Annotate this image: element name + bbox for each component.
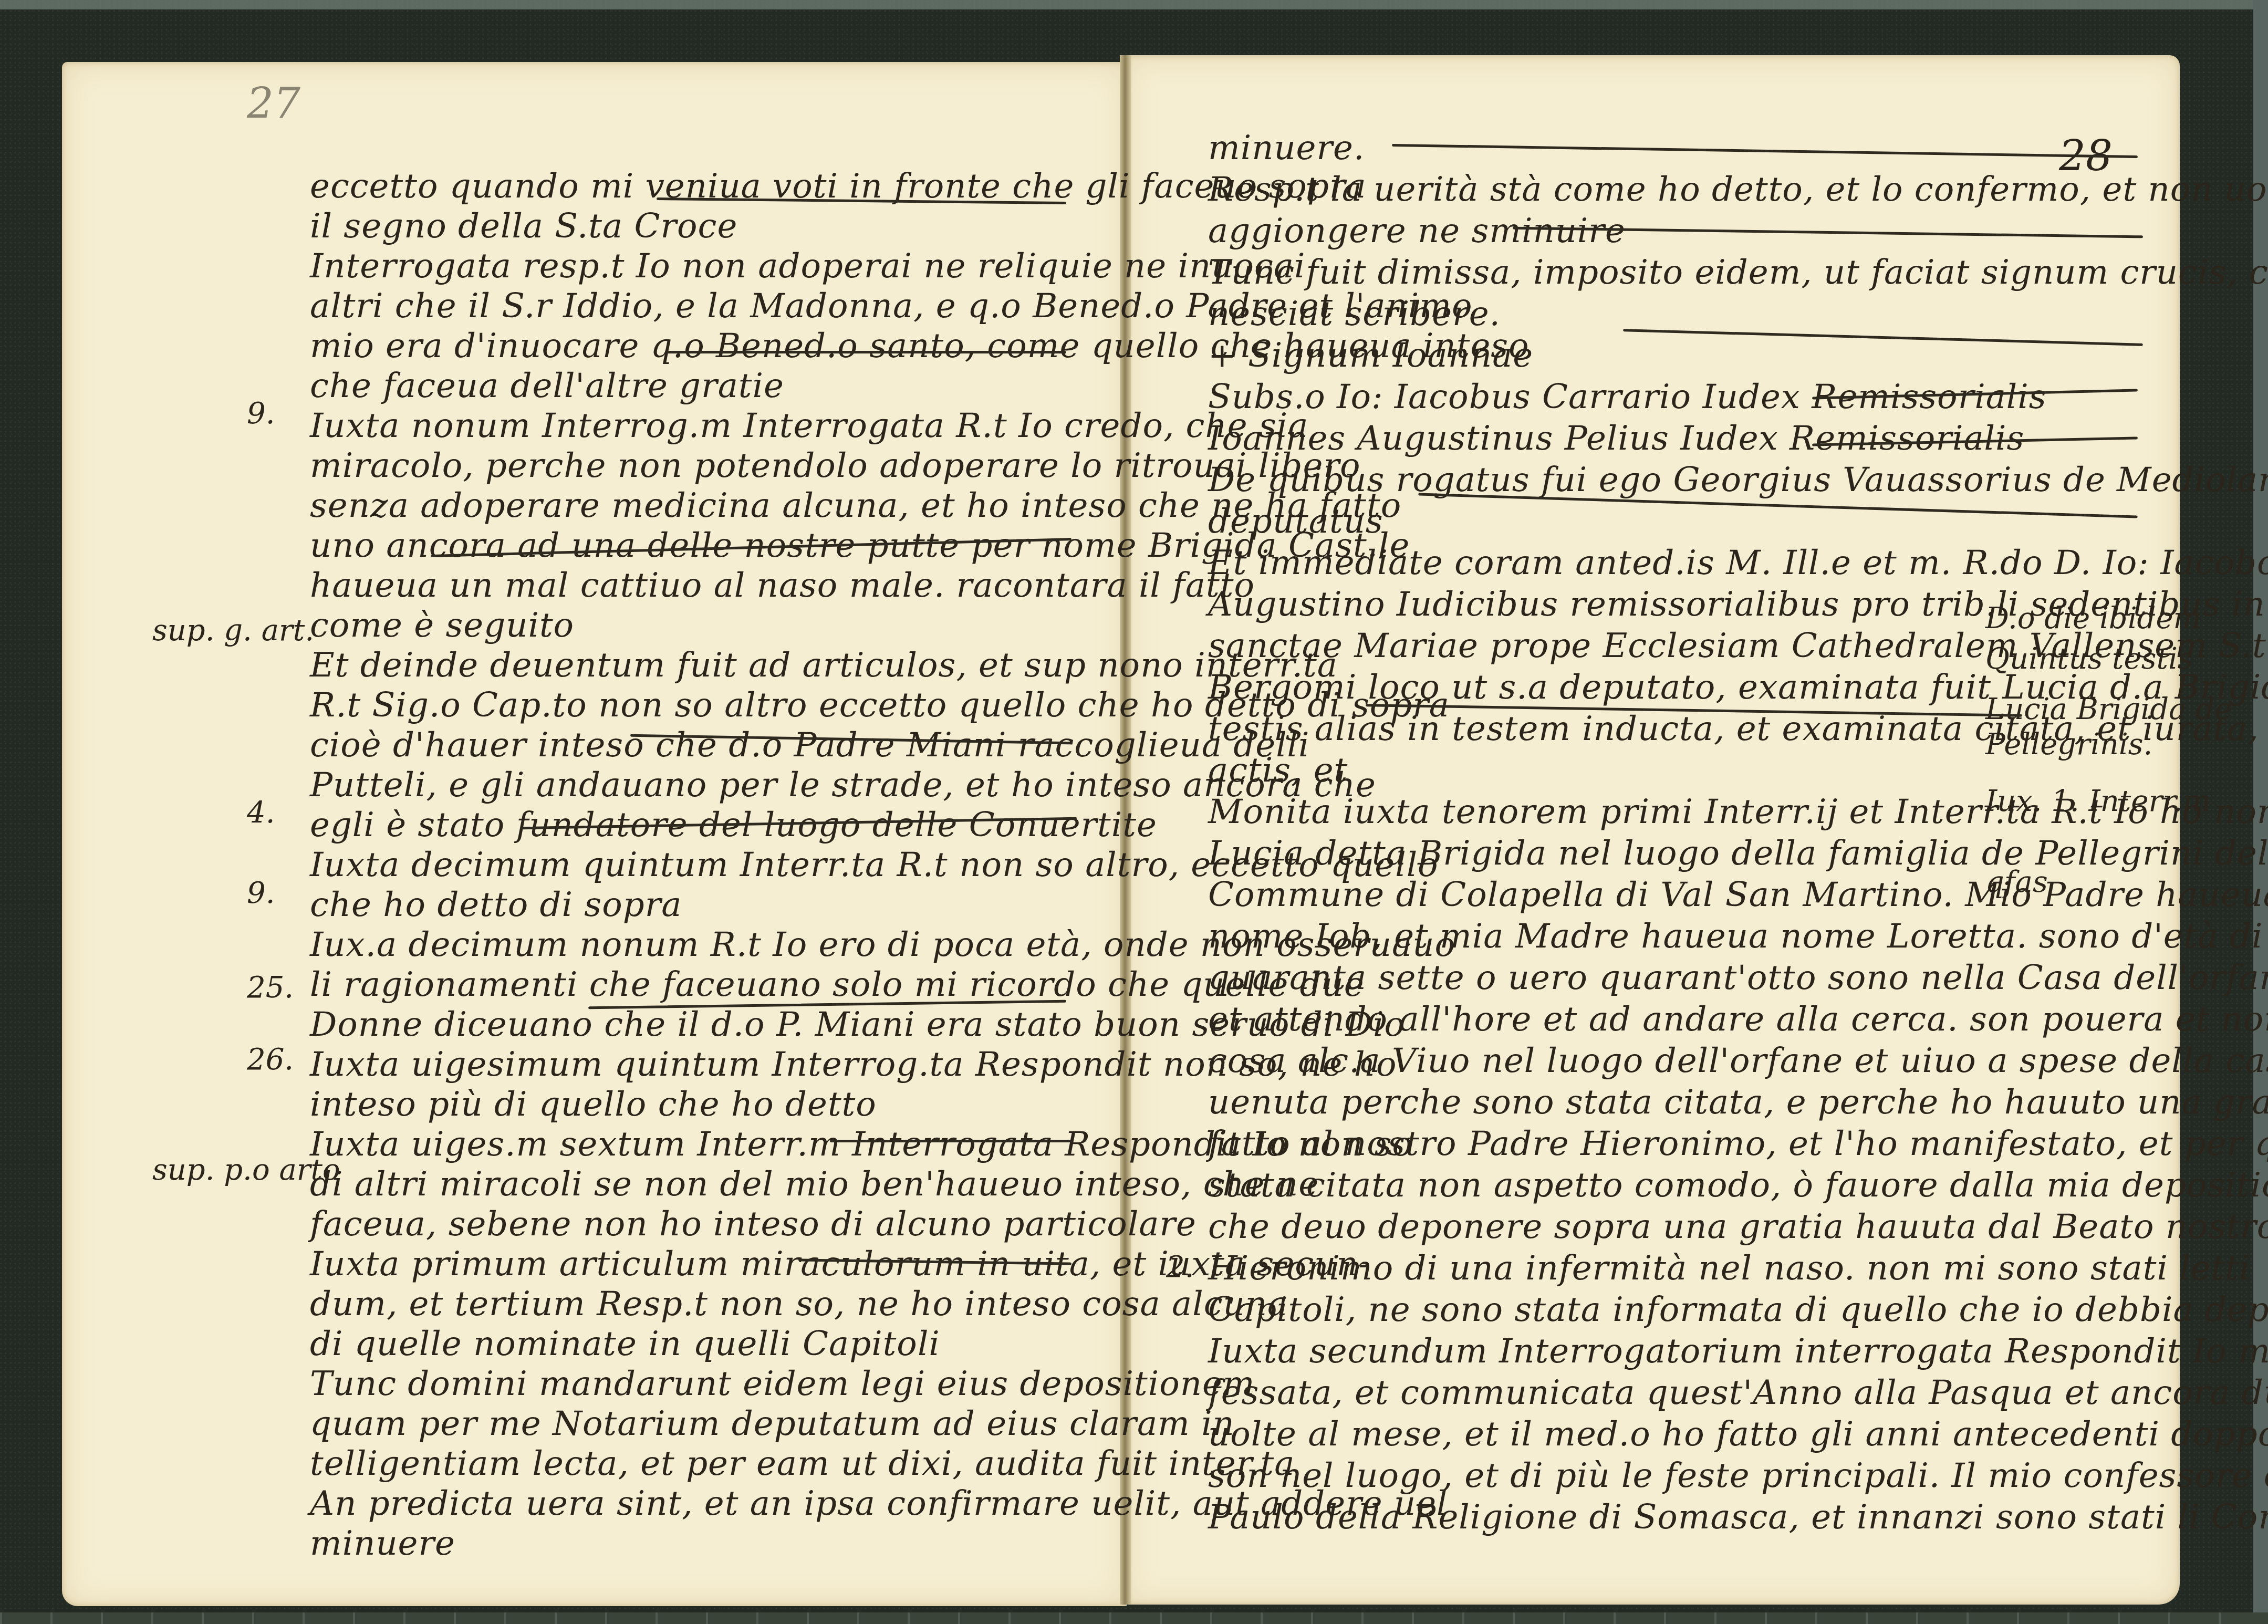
scanner-top-edge xyxy=(0,0,2268,9)
manuscript-line: Interrogata resp.t Io non adoperai ne re… xyxy=(310,247,1305,286)
manuscript-line: miracolo, perche non potendolo adoperare… xyxy=(310,446,1361,485)
manuscript-line: Tunc domini mandarunt eidem legi eius de… xyxy=(310,1365,1255,1403)
manuscript-line: li ragionamenti che faceuano solo mi ric… xyxy=(310,965,1365,1004)
manuscript-line: cosa alc.a Viuo nel luogo dell'orfane et… xyxy=(1208,1042,2268,1080)
manuscript-line: di quelle nominate in quelli Capitoli xyxy=(310,1325,940,1363)
manuscript-line: fessata, et communicata quest'Anno alla … xyxy=(1208,1373,2268,1412)
manuscript-line: dum, et tertium Resp.t non so, ne ho int… xyxy=(310,1285,1288,1324)
line-number: 4. xyxy=(247,796,275,830)
manuscript-line: deputatus xyxy=(1208,502,1383,541)
manuscript-line: actis, et xyxy=(1208,751,1348,790)
manuscript-line: quaranta sette o uero quarant'otto sono … xyxy=(1208,959,2268,997)
manuscript-line: inteso più di quello che ho detto xyxy=(310,1085,877,1124)
manuscript-line: Ioannes Augustinus Pelius Iudex Remissor… xyxy=(1208,419,2024,458)
manuscript-line: Resp.t la uerità stà come ho detto, et l… xyxy=(1208,170,2268,209)
line-number: 9. xyxy=(247,876,275,910)
manuscript-line: et attendo all'hore et ad andare alla ce… xyxy=(1208,1000,2268,1039)
line-filler-rule xyxy=(830,1140,1071,1142)
manuscript-line: di altri miracoli se non del mio ben'hau… xyxy=(310,1165,1319,1204)
manuscript-line: son nel luogo, et di più le feste princi… xyxy=(1208,1456,2268,1495)
margin-note: Iux. 1. Interr.m xyxy=(1985,784,2211,818)
left-page-number: 27 xyxy=(247,79,300,128)
manuscript-line: uenuta perche sono stata citata, e perch… xyxy=(1208,1083,2268,1122)
margin-note: qfas xyxy=(1985,865,2048,899)
manuscript-line: + Signum Ioannae xyxy=(1208,336,1533,375)
manuscript-line: minuere xyxy=(310,1524,455,1563)
manuscript-line: il segno della S.ta Croce xyxy=(310,207,737,246)
manuscript-line: che deuo deponere sopra una gratia hauut… xyxy=(1208,1207,2268,1246)
manuscript-line: che faceua dell'altre gratie xyxy=(310,367,784,405)
manuscript-line: Subs.o Io: Iacobus Carrario Iudex Remiss… xyxy=(1208,378,2047,417)
line-number: 9. xyxy=(247,397,275,431)
manuscript-line: uolte al mese, et il med.o ho fatto gli … xyxy=(1208,1415,2268,1454)
manuscript-line: telligentiam lecta, et per eam ut dixi, … xyxy=(310,1444,1295,1483)
manuscript-line: Hieronimo di una infermità nel naso. non… xyxy=(1208,1249,2250,1288)
line-number: 26. xyxy=(247,1043,294,1077)
manuscript-line: faceua, sebene non ho inteso di alcuno p… xyxy=(310,1205,1197,1244)
manuscript-line: Iuxta nonum Interrog.m Interrogata R.t I… xyxy=(310,407,1308,445)
manuscript-line: come è seguito xyxy=(310,606,574,645)
margin-note: D.o die ibidem xyxy=(1985,601,2201,636)
manuscript-line: Et immediate coram anted.is M. Ill.e et … xyxy=(1208,544,2268,582)
margin-note: sup. g. art. xyxy=(152,613,314,648)
manuscript-line: fatto al nostro Padre Hieronimo, et l'ho… xyxy=(1208,1125,2268,1163)
manuscript-line: Et deinde deuentum fuit ad articulos, et… xyxy=(310,646,1338,685)
margin-note: Lucia Brigida de xyxy=(1985,692,2232,726)
manuscript-line: quam per me Notarium deputatum ad eius c… xyxy=(310,1404,1235,1443)
margin-note: Pellegrinis. xyxy=(1985,727,2152,762)
manuscript-line: cioè d'hauer inteso che d.o Padre Miani … xyxy=(310,726,1310,765)
manuscript-line: Commune di Colapella di Val San Martino.… xyxy=(1208,876,2268,914)
manuscript-line: Tunc fuit dimissa, imposito eidem, ut fa… xyxy=(1208,253,2268,292)
line-filler-rule xyxy=(667,351,1066,353)
manuscript-line: nesciat scribere. xyxy=(1208,295,1501,334)
margin-note: sup. p.o arto xyxy=(152,1153,340,1187)
manuscript-line: Lucia detta Brigida nel luogo della fami… xyxy=(1208,834,2268,873)
margin-note: Quintus testis xyxy=(1985,642,2193,676)
manuscript-line: Paulo della Religione di Somasca, et inn… xyxy=(1208,1498,2268,1537)
manuscript-line: minuere. xyxy=(1208,129,1365,168)
manuscript-line: che ho detto di sopra xyxy=(310,886,682,924)
manuscript-line: nome Iob, et mia Madre haueua nome Loret… xyxy=(1208,917,2268,956)
line-number: 25. xyxy=(247,971,294,1005)
manuscript-line: Capitoli, ne sono stata informata di que… xyxy=(1208,1290,2268,1329)
manuscript-line: Iuxta secundum Interrogatorium interroga… xyxy=(1208,1332,2268,1371)
manuscript-line: De quibus rogatus fui ego Georgius Vauas… xyxy=(1208,461,2268,499)
manuscript-line: stata citata non aspetto comodo, ò fauor… xyxy=(1208,1166,2268,1205)
scale-ruler xyxy=(0,1612,2268,1624)
line-number: 2. xyxy=(1166,1250,1194,1284)
manuscript-line: aggiongere ne sminuire xyxy=(1208,212,1626,251)
manuscript-line: haueua un mal cattiuo al naso male. raco… xyxy=(310,566,1255,605)
